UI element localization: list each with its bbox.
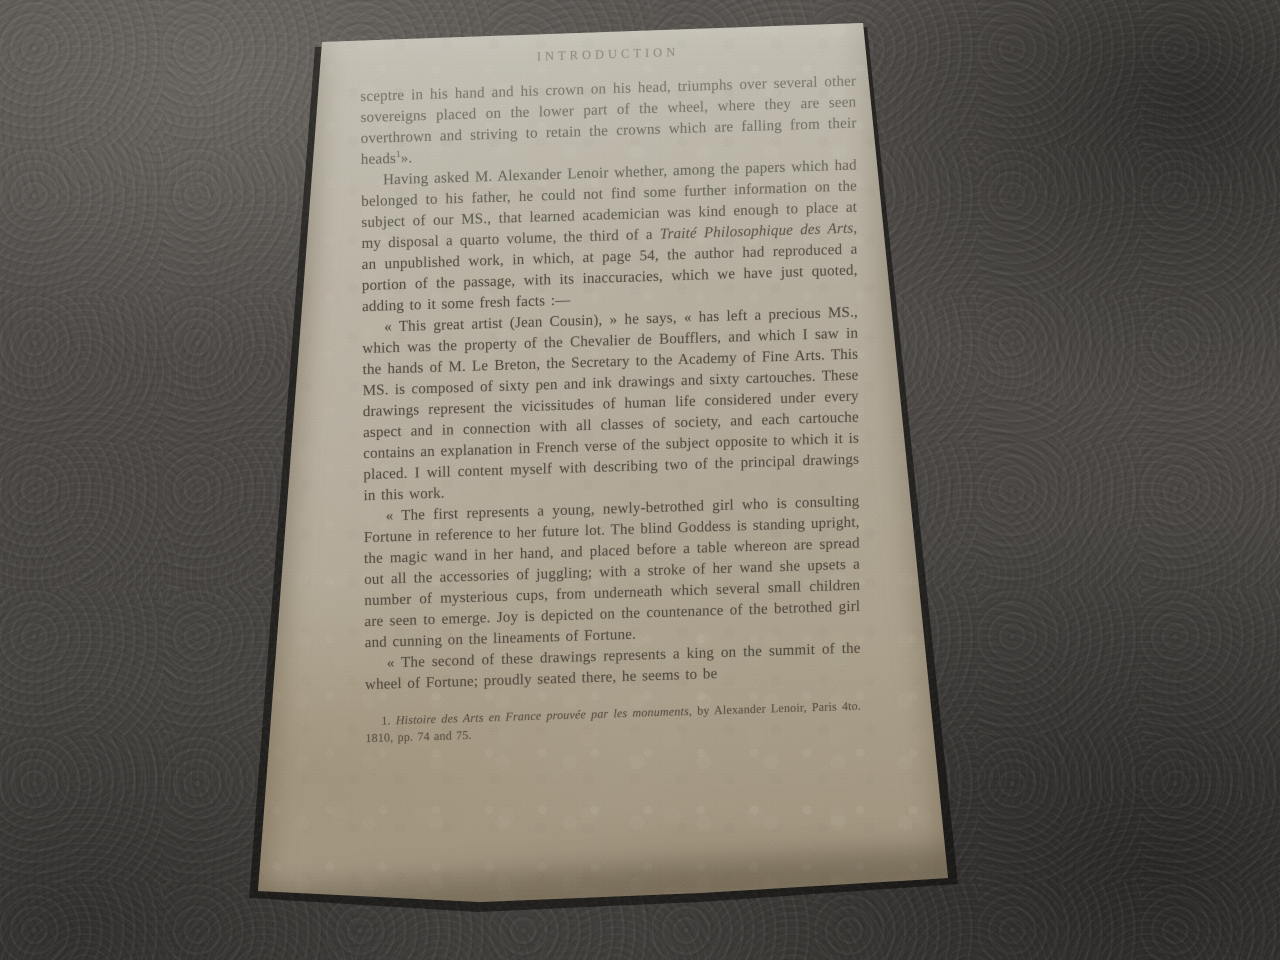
book-page: INTRODUCTION sceptre in his hand and his…: [0, 0, 1280, 960]
paragraph-4: « The first represents a young, newly-be…: [364, 492, 861, 655]
footnote-indent: [365, 725, 381, 726]
footnote-number: 1.: [381, 713, 396, 727]
light-wash-overlay: [240, 0, 980, 280]
stone-surface: INTRODUCTION sceptre in his hand and his…: [0, 0, 1280, 960]
paragraph-3: « This great artist (Jean Cousin), » he …: [362, 302, 859, 507]
footnote-book-title: Histoire des Arts en France prouvée par …: [396, 704, 689, 727]
